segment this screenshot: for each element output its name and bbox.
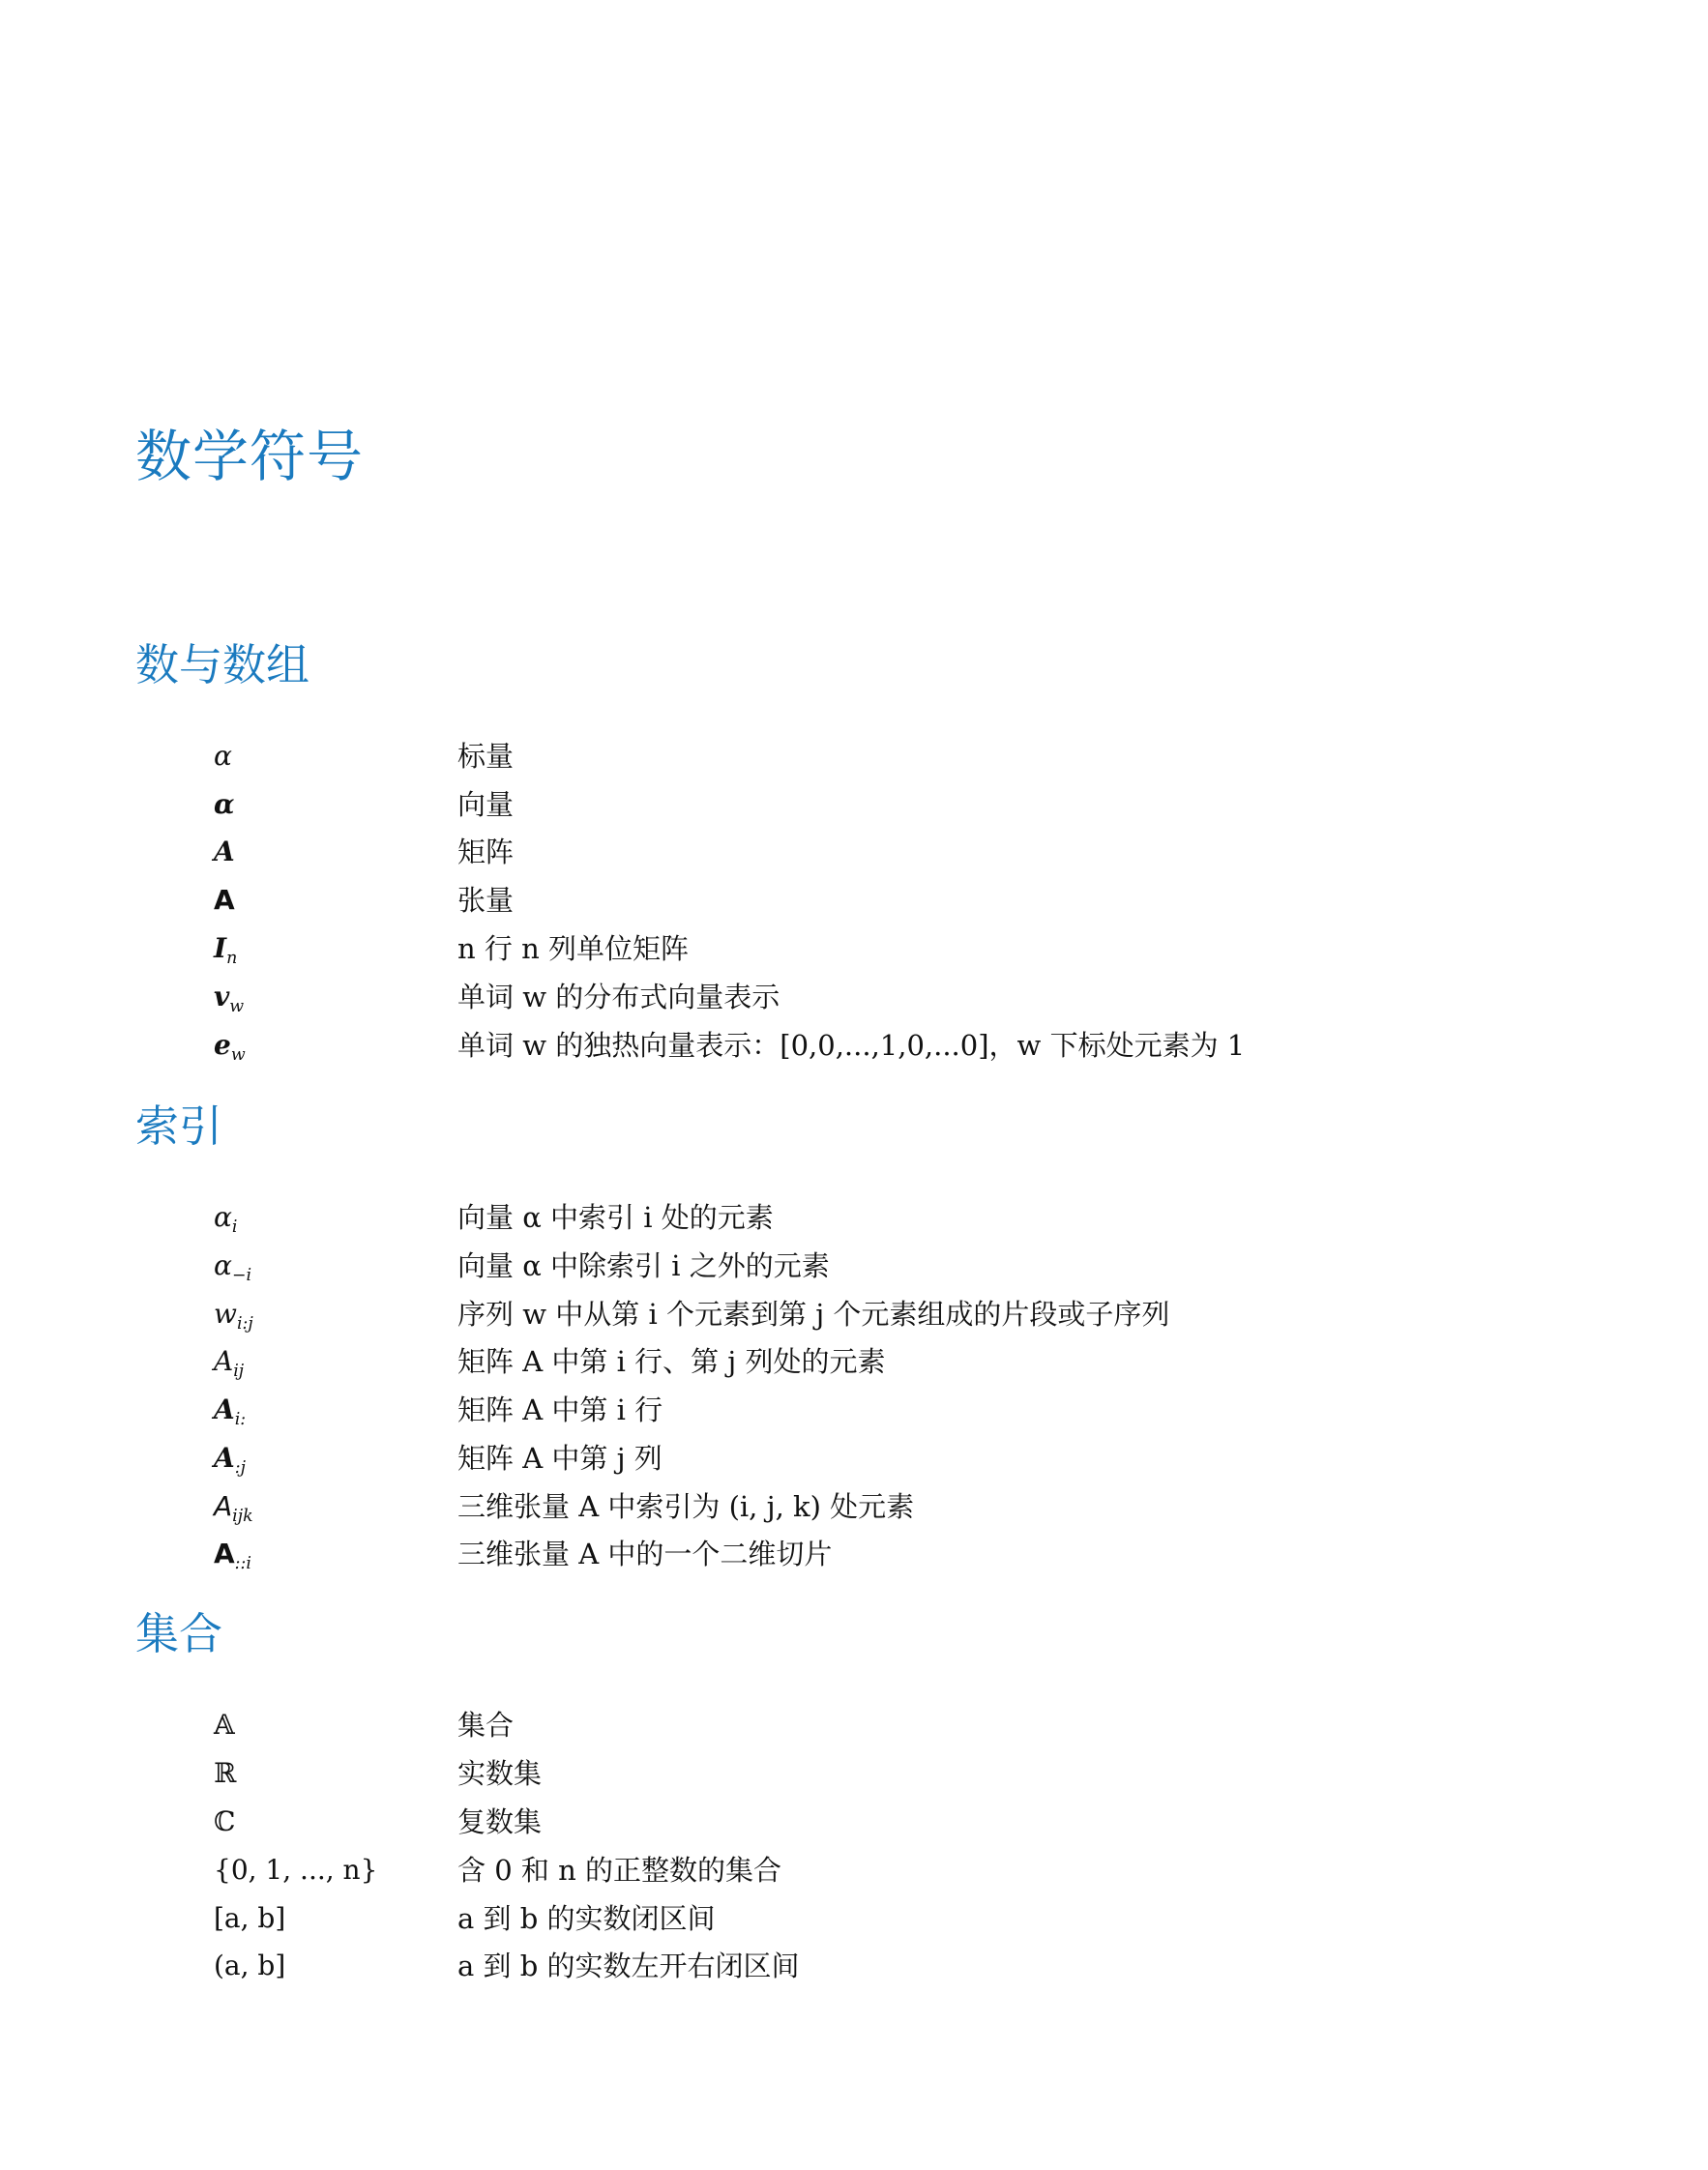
description: 向量 α 中除索引 i 之外的元素 [457, 1242, 830, 1290]
notation-row: α−i 向量 α 中除索引 i 之外的元素 [0, 1242, 1708, 1290]
description: 复数集 [457, 1798, 542, 1846]
notation-row: α 标量 [0, 732, 1708, 780]
description: 集合 [457, 1701, 514, 1749]
notation-row: A::i 三维张量 A 中的一个二维切片 [0, 1530, 1708, 1578]
symbol: A [214, 828, 235, 876]
symbol: A [214, 876, 235, 924]
description: 矩阵 [457, 828, 514, 876]
description: 三维张量 A 中的一个二维切片 [457, 1530, 832, 1578]
description: 张量 [457, 876, 514, 924]
notation-row: A:j 矩阵 A 中第 j 列 [0, 1434, 1708, 1482]
symbol: α [214, 732, 232, 780]
symbol: α [214, 780, 235, 829]
notation-row: [a, b] a 到 b 的实数闭区间 [0, 1894, 1708, 1943]
description: 单词 w 的独热向量表示：[0,0,...,1,0,...0]，w 下标处元素为… [457, 1021, 1245, 1070]
description: 向量 [457, 780, 514, 829]
symbol: ℝ [214, 1749, 236, 1798]
page-title: 数学符号 [135, 422, 364, 491]
symbol: [a, b] [214, 1894, 285, 1943]
description: 单词 w 的分布式向量表示 [457, 973, 780, 1021]
symbol: ℂ [214, 1798, 235, 1846]
description: a 到 b 的实数闭区间 [457, 1894, 716, 1943]
notation-row: ℂ 复数集 [0, 1798, 1708, 1846]
description: 向量 α 中索引 i 处的元素 [457, 1193, 774, 1242]
notation-row: ℝ 实数集 [0, 1749, 1708, 1798]
symbol: {0, 1, ..., n} [214, 1846, 377, 1894]
description: 序列 w 中从第 i 个元素到第 j 个元素组成的片段或子序列 [457, 1290, 1169, 1338]
description: 含 0 和 n 的正整数的集合 [457, 1846, 781, 1894]
symbol: A::i [214, 1530, 251, 1588]
description: 标量 [457, 732, 514, 780]
notation-row: A 张量 [0, 876, 1708, 924]
symbol: ew [214, 1021, 246, 1079]
notation-row: {0, 1, ..., n} 含 0 和 n 的正整数的集合 [0, 1846, 1708, 1894]
notation-row: Aijk 三维张量 A 中索引为 (i, j, k) 处元素 [0, 1482, 1708, 1531]
section-title-numbers-arrays: 数与数组 [135, 638, 309, 692]
description: n 行 n 列单位矩阵 [457, 924, 689, 973]
symbol: 𝔸 [214, 1701, 235, 1749]
notation-row: vw 单词 w 的分布式向量表示 [0, 973, 1708, 1021]
description: 实数集 [457, 1749, 542, 1798]
description: 矩阵 A 中第 j 列 [457, 1434, 663, 1482]
section-title-indexing: 索引 [135, 1100, 222, 1154]
notation-row: In n 行 n 列单位矩阵 [0, 924, 1708, 973]
notation-row: wi:j 序列 w 中从第 i 个元素到第 j 个元素组成的片段或子序列 [0, 1290, 1708, 1338]
notation-row: 𝔸 集合 [0, 1701, 1708, 1749]
notation-row: Aij 矩阵 A 中第 i 行、第 j 列处的元素 [0, 1337, 1708, 1386]
notation-row: Ai: 矩阵 A 中第 i 行 [0, 1386, 1708, 1434]
description: 矩阵 A 中第 i 行、第 j 列处的元素 [457, 1337, 886, 1386]
notation-row: αi 向量 α 中索引 i 处的元素 [0, 1193, 1708, 1242]
symbol: (a, b] [214, 1942, 285, 1990]
description: 三维张量 A 中索引为 (i, j, k) 处元素 [457, 1482, 914, 1531]
notation-row: A 矩阵 [0, 828, 1708, 876]
notation-row: α 向量 [0, 780, 1708, 829]
description: a 到 b 的实数左开右闭区间 [457, 1942, 800, 1990]
description: 矩阵 A 中第 i 行 [457, 1386, 663, 1434]
notation-row: ew 单词 w 的独热向量表示：[0,0,...,1,0,...0]，w 下标处… [0, 1021, 1708, 1070]
notation-row: (a, b] a 到 b 的实数左开右闭区间 [0, 1942, 1708, 1990]
section-title-sets: 集合 [135, 1607, 222, 1661]
